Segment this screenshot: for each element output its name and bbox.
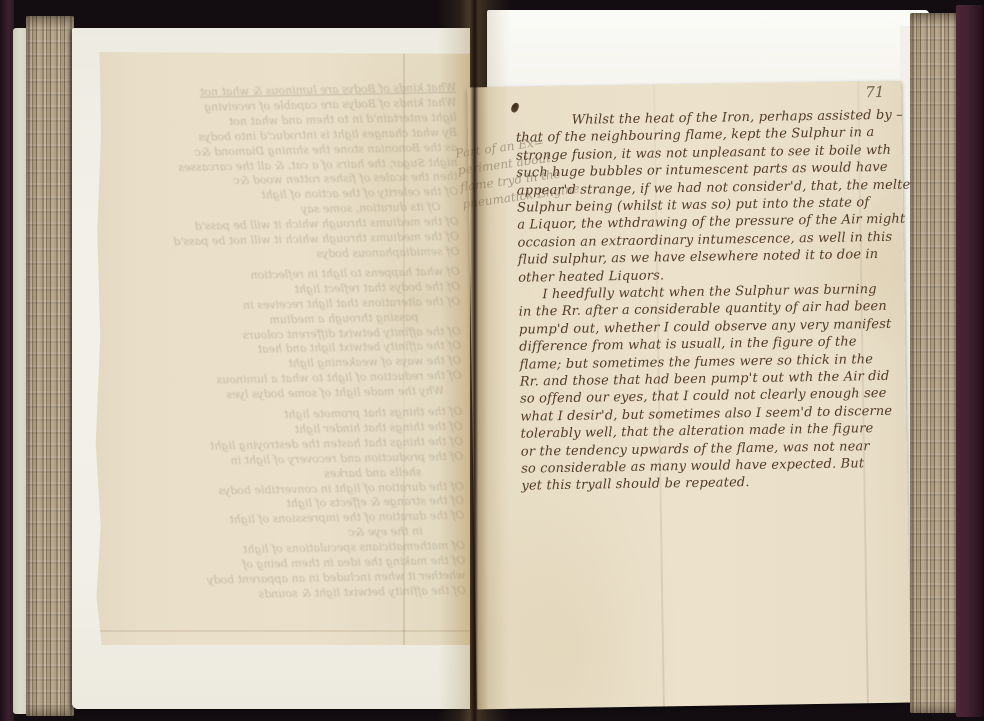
manuscript-leaf-left: What kinds of Bodys are luminous & what … [95, 52, 470, 645]
manuscript-leaf-right: 71 Part of an Ex=periment aboutflame try… [467, 81, 911, 710]
page-stack-fore-edge-right [910, 13, 962, 713]
crease-horizontal [95, 630, 470, 632]
paragraph-2: I heedfully watcht when the Sulphur was … [518, 281, 913, 496]
page-number: 71 [865, 83, 884, 101]
book-cover-left [0, 0, 14, 721]
manuscript-photo: What kinds of Bodys are luminous & what … [0, 0, 984, 721]
book-cover-right [956, 5, 984, 717]
paragraph-1: Whilst the heat of the Iron, perhaps ass… [516, 107, 911, 287]
crease-vertical [403, 52, 405, 645]
page-stack-fore-edge-left [26, 16, 74, 716]
showthrough-text-block: What kinds of Bodys are luminous & what … [120, 81, 466, 605]
